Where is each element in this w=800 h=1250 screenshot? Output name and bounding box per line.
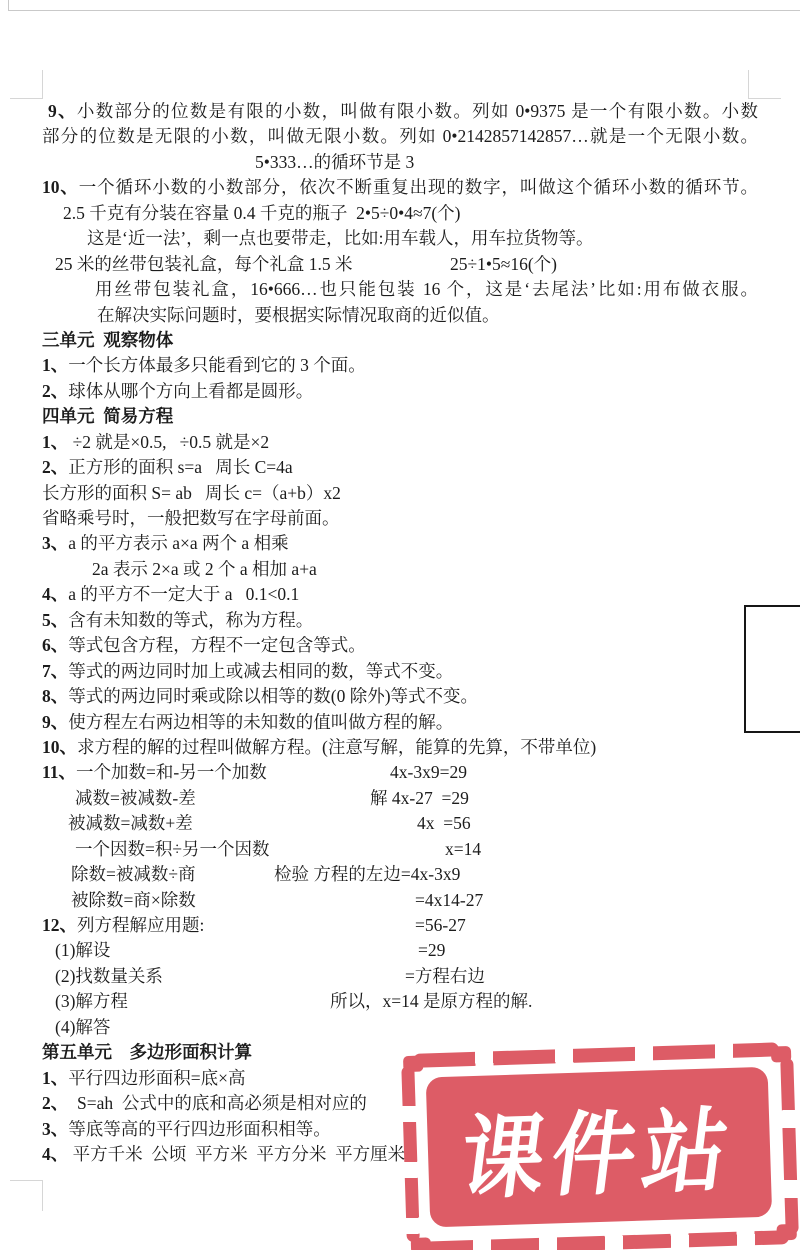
text-segment: 一个循环小数的小数部分，依次不断重复出现的数字，叫做这个循环小数的循环节。 [79,177,758,197]
text-line: 9、使方程左右两边相等的未知数的值叫做方程的解。 [42,710,758,735]
text-line: 在解决实际问题时，要根据实际情况取商的近似值。 [42,303,758,328]
text-line: 10、求方程的解的过程叫做解方程。(注意写解，能算的先算，不带单位) [42,735,758,760]
stamp-text: 课件站 [454,1077,743,1217]
text-line: 12、列方程解应用题:=56-27 [42,913,758,938]
stamp-border-right [780,1058,799,1234]
text-segment: 省略乘号时，一般把数写在字母前面。 [42,508,340,528]
text-segment: 第五单元 多边形面积计算 [42,1042,252,1062]
text-line: (3)解方程所以，x=14 是原方程的解. [42,989,758,1014]
document-body: 9、小数部分的位数是有限的小数，叫做有限小数。列如 0•9375 是一个有限小数… [42,99,758,1167]
text-segment: 球体从哪个方向上看都是圆形。 [68,381,313,401]
text-segment: 列方程解应用题: [77,915,204,935]
text-segment: 平方千米 公顷 平方米 平方分米 平方厘米 [68,1144,405,1164]
stamp-border-corner [776,1224,796,1241]
text-line: 2.5 千克有分装在容量 0.4 千克的瓶子 2•5÷0•4≈7(个) [42,201,758,226]
text-segment: 7、 [42,661,68,681]
text-segment: 等式包含方程，方程不一定包含等式。 [68,635,366,655]
text-segment: 一个加数=和-另一个加数 [76,762,267,782]
text-segment: 11、 [42,762,76,782]
stamp-border-corner [771,1046,791,1063]
stamp-border-bottom [425,1230,789,1250]
text-segment: 2.5 千克有分装在容量 0.4 千克的瓶子 2•5÷0•4≈7(个) [63,203,461,223]
text-segment: (4)解答 [55,1015,110,1040]
text-segment: ÷2 就是×0.5, ÷0.5 就是×2 [68,432,269,452]
text-line: 3、a 的平方表示 a×a 两个 a 相乘 [42,531,758,556]
text-line: 2a 表示 2×a 或 2 个 a 相加 a+a [42,557,758,582]
text-segment: =56-27 [415,913,466,938]
text-segment: (1)解设 [55,938,110,963]
text-line: 减数=被减数-差解 4x-27 =29 [42,786,758,811]
text-segment: 解 4x-27 =29 [370,786,469,811]
text-segment: 25 米的丝带包装礼盒，每个礼盒 1.5 米 [55,254,353,274]
text-line: 除数=被减数÷商检验 方程的左边=4x-3x9 [42,862,758,887]
text-segment: 4x-3x9=29 [390,760,467,785]
text-segment: =4x14-27 [415,888,483,913]
text-segment: 平行四边形面积=底×高 [68,1068,245,1088]
text-segment: 2、 [42,1093,68,1113]
text-segment: 3、 [42,1119,68,1139]
text-line: 9、小数部分的位数是有限的小数，叫做有限小数。列如 0•9375 是一个有限小数… [42,99,758,124]
page-top-divider [8,10,800,11]
text-segment: 一个长方体最多只能看到它的 3 个面。 [68,355,366,375]
text-segment: (3)解方程 [55,989,128,1014]
text-segment: 5•333…的循环节是 3 [255,152,414,172]
text-segment: 9、 [42,712,68,732]
margin-crop-mark-top-left [10,70,43,99]
text-segment: 9、 [48,101,77,121]
text-line: 被减数=减数+差4x =56 [42,811,758,836]
text-line: 25 米的丝带包装礼盒，每个礼盒 1.5 米25÷1•5≈16(个) [42,252,758,277]
text-segment: 含有未知数的等式，称为方程。 [68,610,313,630]
text-segment: 长方形的面积 S= ab 周长 c=（a+b）x2 [42,483,341,503]
text-segment: 10、 [42,177,79,197]
text-line: 5•333…的循环节是 3 [42,150,758,175]
text-line: 三单元 观察物体 [42,328,758,353]
text-line: 这是‘近一法’，剩一点也要带走，比如:用车载人，用车拉货物等。 [42,226,758,251]
text-segment: 2、 [42,457,68,477]
text-line: 11、一个加数=和-另一个加数4x-3x9=29 [42,760,758,785]
text-segment: 等式的两边同时乘或除以相等的数(0 除外)等式不变。 [68,686,478,706]
text-line: (4)解答 [42,1015,758,1040]
text-segment: 5、 [42,610,68,630]
text-segment: 除数=被减数÷商 [71,862,195,887]
watermark-stamp: 课件站 [401,1042,799,1250]
text-segment: 这是‘近一法’，剩一点也要带走，比如:用车载人，用车拉货物等。 [87,228,594,248]
text-segment: 1、 [42,355,68,375]
text-line: 10、一个循环小数的小数部分，依次不断重复出现的数字，叫做这个循环小数的循环节。 [42,175,758,200]
text-line: (2)找数量关系=方程右边 [42,964,758,989]
text-segment: 25÷1•5≈16(个) [450,252,557,277]
text-segment: 小数部分的位数是有限的小数，叫做有限小数。列如 0•9375 是一个有限小数。小… [77,101,758,121]
page: { "stamp": { "text": "课件站", "color": "#d… [0,0,800,1250]
text-line: 8、等式的两边同时乘或除以相等的数(0 除外)等式不变。 [42,684,758,709]
text-line: 被除数=商×除数=4x14-27 [42,888,758,913]
text-line: 长方形的面积 S= ab 周长 c=（a+b）x2 [42,481,758,506]
text-segment: 2a 表示 2×a 或 2 个 a 相加 a+a [92,559,317,579]
text-line: 1、一个长方体最多只能看到它的 3 个面。 [42,353,758,378]
text-line: 7、等式的两边同时加上或减去相同的数，等式不变。 [42,659,758,684]
margin-crop-mark-bottom-left [10,1180,43,1211]
embedded-text-box[interactable] [744,605,800,733]
text-segment: 8、 [42,686,68,706]
text-segment: 3、 [42,533,68,553]
text-line: 4、a 的平方不一定大于 a 0.1<0.1 [42,582,758,607]
text-segment: 一个因数=积÷另一个因数 [75,837,269,862]
text-line: 用丝带包装礼盒，16•666…也只能包装 16 个，这是‘去尾法’比如:用布做衣… [42,277,758,302]
text-segment: 检验 方程的左边=4x-3x9 [274,862,460,887]
text-segment: S=ah 公式中的底和高必须是相对应的 [68,1093,367,1113]
text-segment: 等底等高的平行四边形面积相等。 [68,1119,331,1139]
text-segment: 4、 [42,1144,68,1164]
stamp-border-corner [411,1237,431,1250]
text-segment: =方程右边 [405,964,485,989]
text-segment: 正方形的面积 s=a 周长 C=4a [68,457,292,477]
text-segment: (2)找数量关系 [55,964,163,989]
text-segment: 4x =56 [417,811,471,836]
text-segment: 1、 [42,1068,68,1088]
text-segment: 被减数=减数+差 [68,811,193,836]
page-top-divider-tick [8,0,9,10]
text-segment: a 的平方表示 a×a 两个 a 相乘 [68,533,288,553]
text-segment: 减数=被减数-差 [75,786,196,811]
text-segment: 4、 [42,584,68,604]
text-line: (1)解设=29 [42,938,758,963]
text-segment: 用丝带包装礼盒，16•666…也只能包装 16 个，这是‘去尾法’比如:用布做衣… [95,279,758,299]
text-segment: 2、 [42,381,68,401]
text-segment: 四单元 简易方程 [42,406,173,426]
text-segment: 10、 [42,737,77,757]
text-line: 一个因数=积÷另一个因数x=14 [42,837,758,862]
text-segment: 求方程的解的过程叫做解方程。(注意写解，能算的先算，不带单位) [77,737,596,757]
text-line: 1、 ÷2 就是×0.5, ÷0.5 就是×2 [42,430,758,455]
text-line: 省略乘号时，一般把数写在字母前面。 [42,506,758,531]
text-line: 5、含有未知数的等式，称为方程。 [42,608,758,633]
text-segment: 在解决实际问题时，要根据实际情况取商的近似值。 [97,305,500,325]
text-segment: 6、 [42,635,68,655]
stamp-plate: 课件站 [426,1067,773,1228]
text-segment: 12、 [42,915,77,935]
text-segment: 等式的两边同时加上或减去相同的数，等式不变。 [68,661,453,681]
text-segment: 三单元 观察物体 [42,330,173,350]
text-segment: a 的平方不一定大于 a 0.1<0.1 [68,584,299,604]
text-segment: x=14 [445,837,481,862]
margin-crop-mark-top-right [748,70,781,99]
stamp-border-corner [403,1056,423,1073]
text-segment: 1、 [42,432,68,452]
text-line: 四单元 简易方程 [42,404,758,429]
text-segment: 使方程左右两边相等的未知数的值叫做方程的解。 [68,712,453,732]
text-line: 部分的位数是无限的小数，叫做无限小数。列如 0•2142857142857…就是… [42,124,758,149]
text-line: 2、球体从哪个方向上看都是圆形。 [42,379,758,404]
text-line: 2、正方形的面积 s=a 周长 C=4a [42,455,758,480]
text-segment: 所以，x=14 是原方程的解. [330,989,532,1014]
stamp-border-left [401,1066,420,1242]
text-segment: 被除数=商×除数 [71,888,196,913]
text-line: 6、等式包含方程，方程不一定包含等式。 [42,633,758,658]
text-segment: =29 [418,938,445,963]
text-segment: 部分的位数是无限的小数，叫做无限小数。列如 0•2142857142857…就是… [42,126,758,146]
